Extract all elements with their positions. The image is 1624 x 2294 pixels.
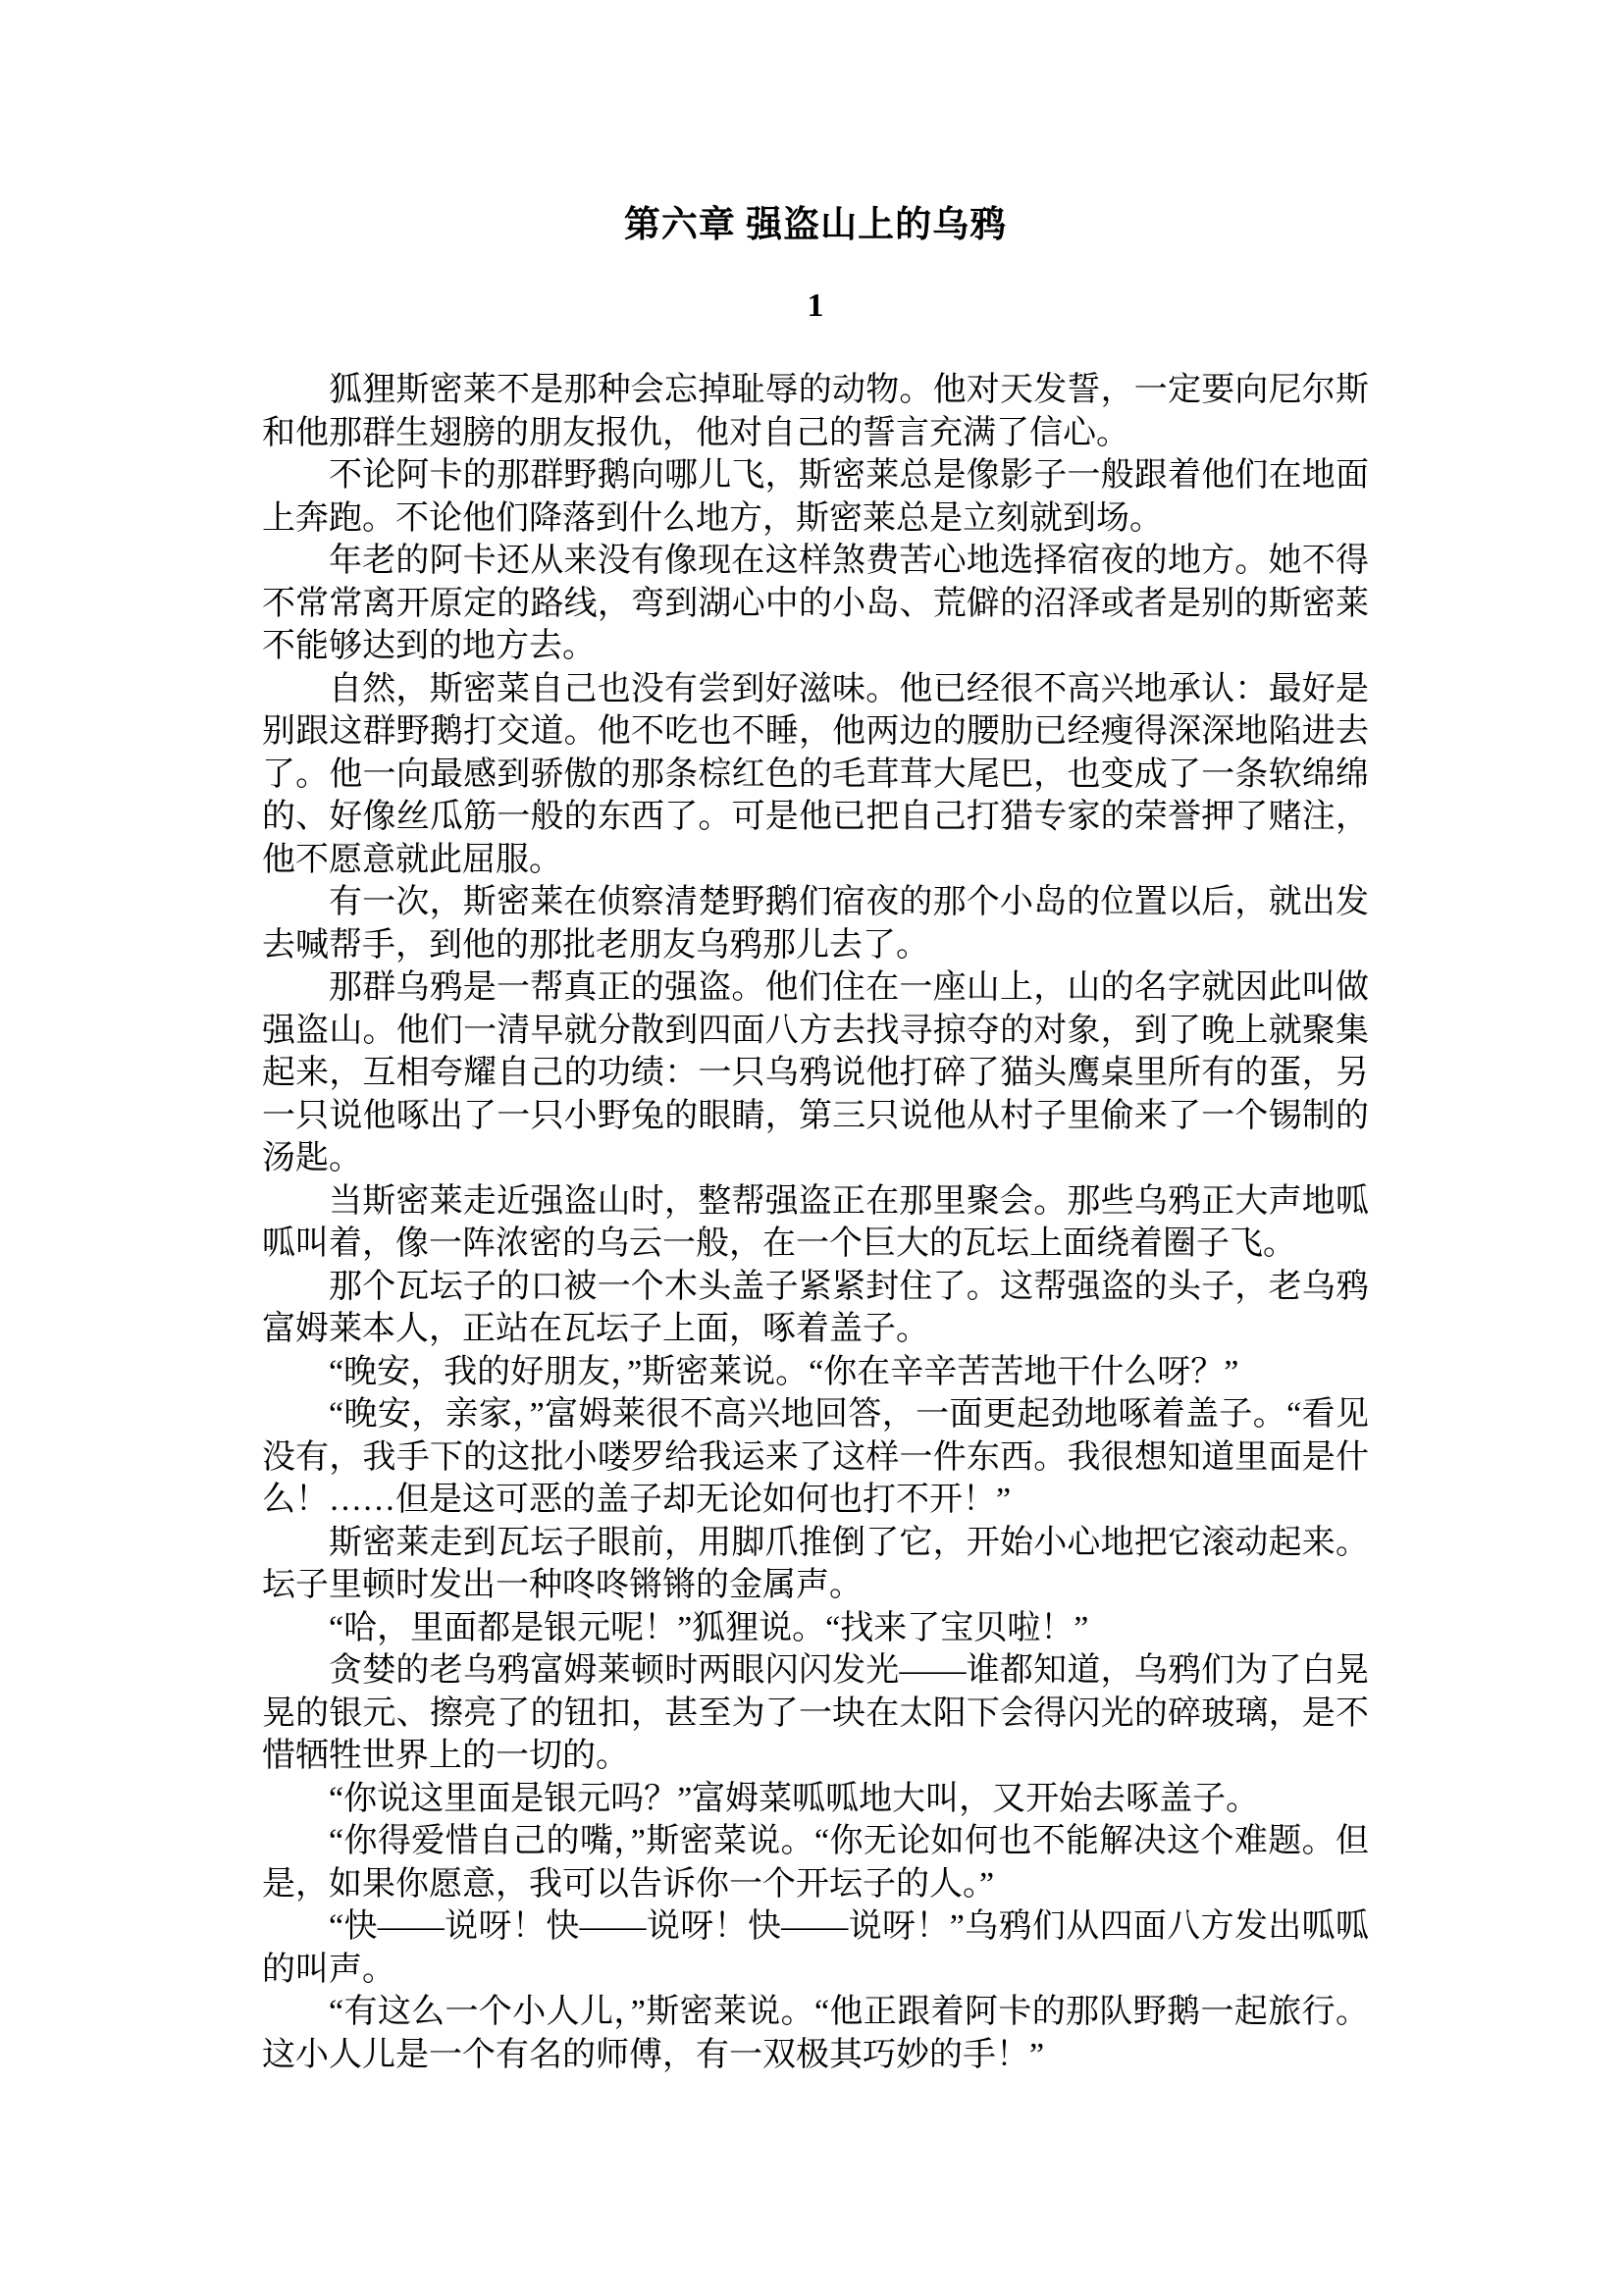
paragraph: 自然，斯密菜自己也没有尝到好滋味。他已经很不高兴地承认：最好是别跟这群野鹅打交道… <box>262 668 1369 882</box>
paragraph: 斯密莱走到瓦坛子眼前，用脚爪推倒了它，开始小心地把它滚动起来。坛子里顿时发出一种… <box>262 1522 1369 1607</box>
body-text: 狐狸斯密莱不是那种会忘掉耻辱的动物。他对天发誓，一定要向尼尔斯和他那群生翅膀的朋… <box>262 369 1369 2076</box>
paragraph: “你得爱惜自己的嘴，”斯密菜说。“你无论如何也不能解决这个难题。但是，如果你愿意… <box>262 1820 1369 1905</box>
paragraph: 那群乌鸦是一帮真正的强盗。他们住在一座山上，山的名字就因此叫做强盗山。他们一清早… <box>262 966 1369 1180</box>
paragraph: 有一次，斯密莱在侦察清楚野鹅们宿夜的那个小岛的位置以后，就出发去喊帮手，到他的那… <box>262 881 1369 966</box>
paragraph: “快——说呀！快——说呀！快——说呀！”乌鸦们从四面八方发出呱呱的叫声。 <box>262 1905 1369 1991</box>
paragraph: “晚安，我的好朋友，”斯密莱说。“你在辛辛苦苦地干什么呀？” <box>262 1351 1369 1394</box>
paragraph: “晚安，亲家，”富姆莱很不高兴地回答，一面更起劲地啄着盖子。“看见没有，我手下的… <box>262 1393 1369 1522</box>
paragraph: 狐狸斯密莱不是那种会忘掉耻辱的动物。他对天发誓，一定要向尼尔斯和他那群生翅膀的朋… <box>262 369 1369 454</box>
book-page: 第六章 强盗山上的乌鸦 1 狐狸斯密莱不是那种会忘掉耻辱的动物。他对天发誓，一定… <box>0 0 1624 2294</box>
chapter-title: 第六章 强盗山上的乌鸦 <box>262 204 1369 247</box>
paragraph: “哈，里面都是银元呢！”狐狸说。“找来了宝贝啦！” <box>262 1607 1369 1650</box>
paragraph: 不论阿卡的那群野鹅向哪儿飞，斯密莱总是像影子一般跟着他们在地面上奔跑。不论他们降… <box>262 454 1369 540</box>
paragraph: “你说这里面是银元吗？”富姆菜呱呱地大叫，又开始去啄盖子。 <box>262 1778 1369 1821</box>
paragraph: 年老的阿卡还从来没有像现在这样煞费苦心地选择宿夜的地方。她不得不常常离开原定的路… <box>262 540 1369 668</box>
paragraph: 当斯密莱走近强盗山时，整帮强盗正在那里聚会。那些乌鸦正大声地呱呱叫着，像一阵浓密… <box>262 1180 1369 1266</box>
section-number: 1 <box>262 287 1369 326</box>
paragraph: 那个瓦坛子的口被一个木头盖子紧紧封住了。这帮强盗的头子，老乌鸦富姆莱本人，正站在… <box>262 1266 1369 1351</box>
paragraph: “有这么一个小人儿，”斯密莱说。“他正跟着阿卡的那队野鹅一起旅行。这小人儿是一个… <box>262 1991 1369 2076</box>
text-column: 第六章 强盗山上的乌鸦 1 狐狸斯密莱不是那种会忘掉耻辱的动物。他对天发誓，一定… <box>262 0 1369 2076</box>
paragraph: 贪婪的老乌鸦富姆莱顿时两眼闪闪发光——谁都知道，乌鸦们为了白晃晃的银元、擦亮了的… <box>262 1649 1369 1778</box>
